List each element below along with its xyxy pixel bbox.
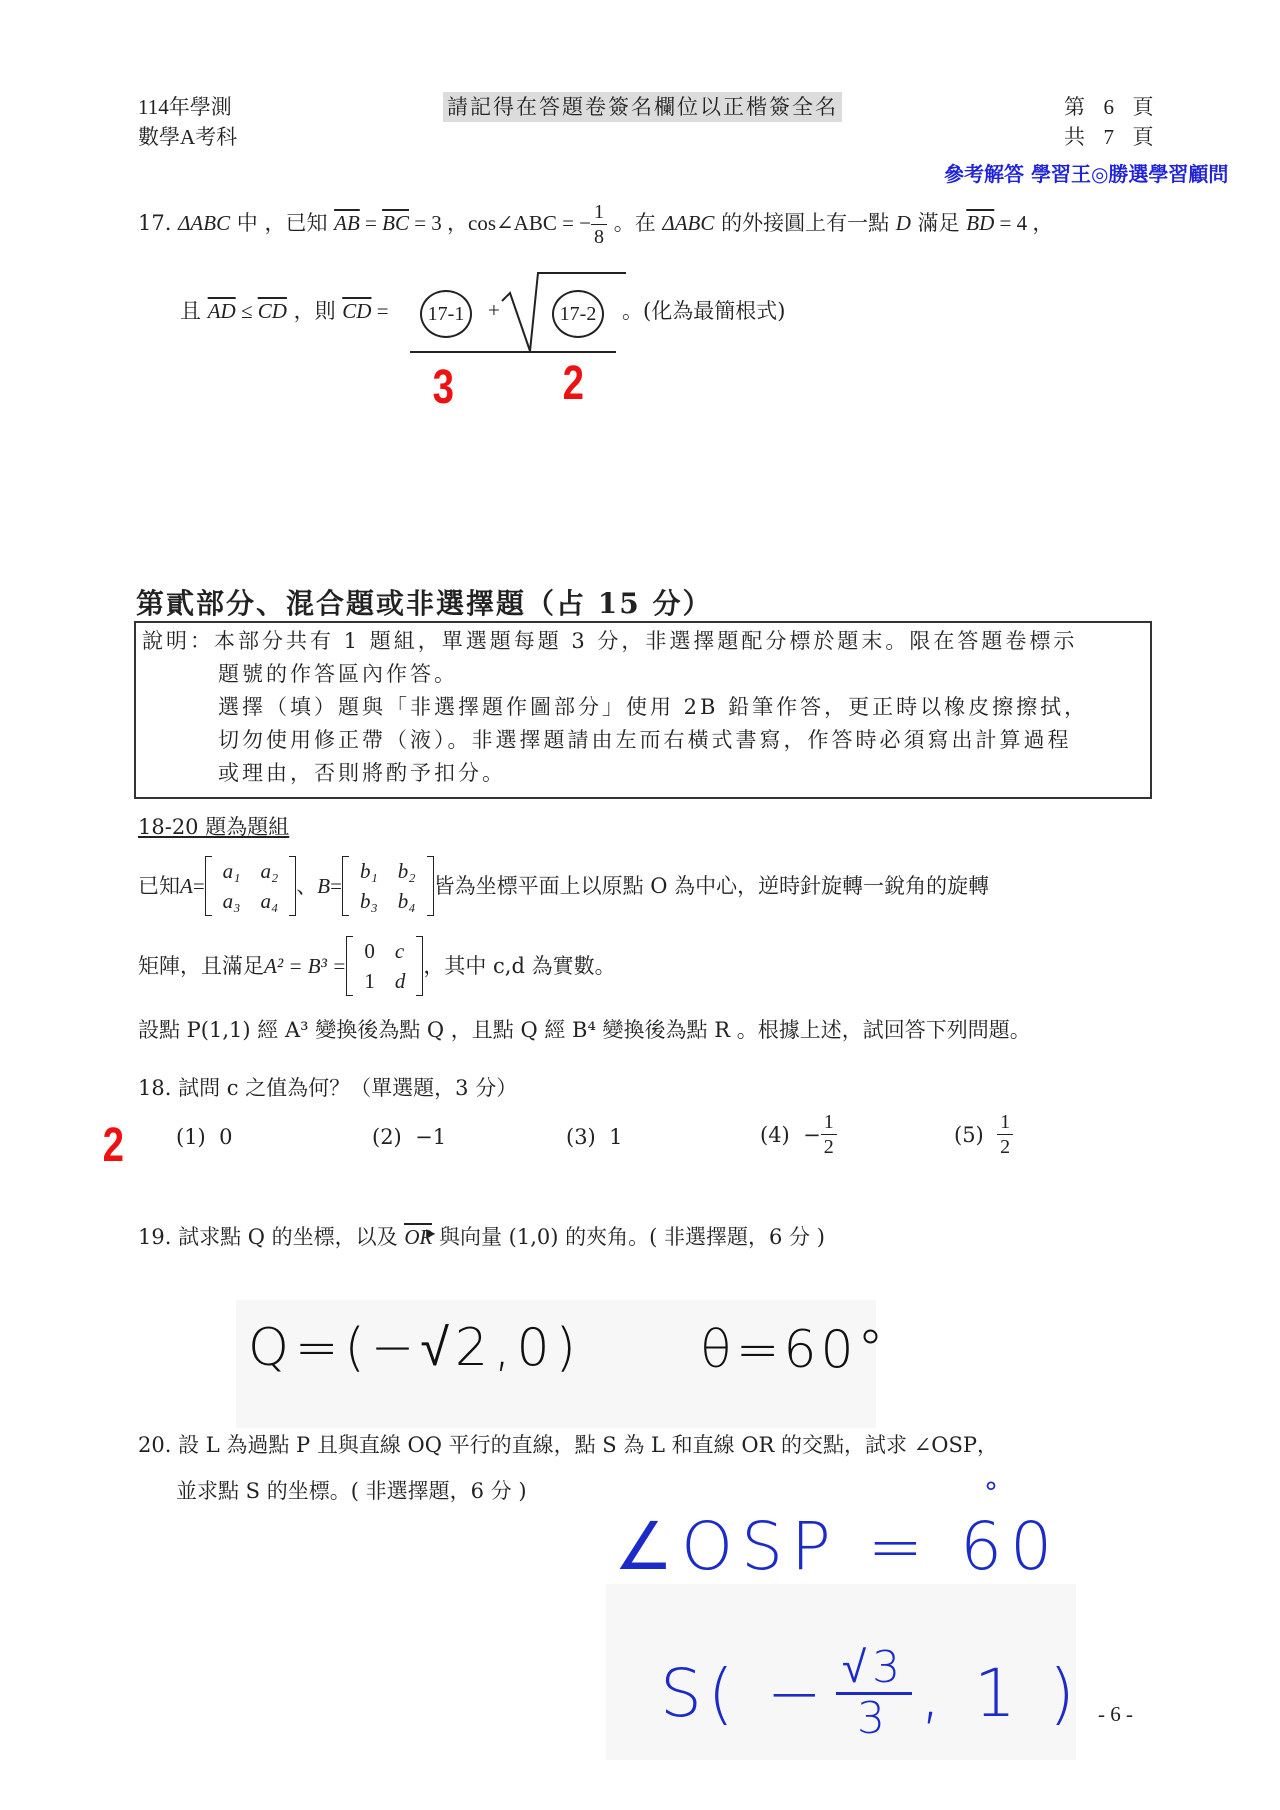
question-17-line2: 且 AD ≤ CD ，則 CD = [180,296,389,326]
option-1[interactable]: (1) 0 [176,1122,232,1152]
page-total: 共 7 頁 [1064,122,1154,152]
reference-answer-label: 參考解答 學習王◎勝選學習顧問 [944,158,1228,187]
handwritten-answer-s: S( − √3 3 , 1 ) [660,1644,1081,1743]
handwritten-answer-theta: θ=60° [700,1320,888,1380]
option-5[interactable]: (5) 12 [954,1110,1013,1159]
question-20-line2: 並求點 S 的坐標。( 非選擇題，6 分 ) [176,1476,527,1506]
exam-year: 114年學測 [138,92,237,122]
handwritten-answer-17-2: 2 [563,356,584,411]
group-intro-line1: 已知 A = a₁a₂a₃a₄ 、 B = b₁b₂b₃b₄ 皆為坐標平面上以原… [138,856,989,916]
instruction-line: 切勿使用修正帶（液）。非選擇題請由左而右橫式書寫，作答時必須寫出計算過程 [136,724,1150,757]
exam-subject: 數學A考科 [138,122,237,152]
answer-blank-17-2[interactable]: 17-2 [552,290,604,338]
group-intro-line2: 矩陣，且滿足 A² = B³ = 0c1d ，其中 c,d 為實數。 [138,936,616,996]
signature-notice: 請記得在答題卷簽名欄位以正楷簽全名 [443,92,842,122]
instruction-line: 說明：本部分共有 1 題組，單選題每題 3 分，非選擇題配分標於題末。限在答題卷… [136,623,1150,658]
fraction-bar [410,351,616,353]
vector-or: OR▶ [404,1225,432,1249]
instruction-line: 或理由，否則將酌予扣分。 [136,757,1150,790]
question-17-line1: 17. ΔABC 中 ，已知 AB = BC = 3 ，cos∠ABC = −1… [138,200,1053,249]
instruction-line: 題號的作答區內作答。 [136,658,1150,691]
question-20-line1: 20. 設 L 為過點 P 且與直線 OQ 平行的直線，點 S 為 L 和直線 … [138,1430,998,1460]
handwritten-answer-q: Q=(−√2,0) [248,1318,582,1378]
page-footer: - 6 - [1098,1702,1133,1727]
handwritten-answer-angle: ∠OSP = 60 [614,1508,1060,1585]
option-2[interactable]: (2) −1 [372,1122,446,1152]
matrix-a: a₁a₂a₃a₄ [205,856,297,916]
answer-blank-17-1[interactable]: 17-1 [420,290,472,338]
handwritten-degree-mark: ° [984,1476,998,1509]
instructions-box: 說明：本部分共有 1 題組，單選題每題 3 分，非選擇題配分標於題末。限在答題卷… [134,621,1152,799]
question-number: 17. [138,211,171,235]
exam-title: 114年學測 數學A考科 [138,92,237,152]
question-18: 18. 試問 c 之值為何？（單選題，3 分） [138,1073,517,1103]
matrix-b: b₁b₂b₃b₄ [342,856,434,916]
fraction-one-eighth: 18 [591,200,607,249]
plus-sign: + [488,298,500,323]
page-counter: 第 6 頁 共 7 頁 [1064,92,1154,152]
section-title: 第貳部分、混合題或非選擇題（占 15 分） [136,582,712,622]
question-group-label: 18-20 題為題組 [138,812,289,842]
instruction-line: 選擇（填）題與「非選擇題作圖部分」使用 2B 鉛筆作答，更正時以橡皮擦擦拭， [136,691,1150,724]
option-3[interactable]: (3) 1 [566,1122,622,1152]
handwritten-answer-17-1: 3 [433,360,454,415]
option-4[interactable]: (4) −12 [760,1110,837,1159]
group-intro-line3: 設點 P(1,1) 經 A³ 變換後為點 Q ，且點 Q 經 B⁴ 變換後為點 … [138,1015,1031,1045]
page-current: 第 6 頁 [1064,92,1154,122]
handwritten-answer-18: 2 [103,1118,124,1173]
matrix-result: 0c1d [346,936,423,996]
question-19: 19. 試求點 Q 的坐標，以及 OR▶ 與向量 (1,0) 的夾角。( 非選擇… [138,1222,825,1252]
simplify-note: 。(化為最簡根式) [622,296,785,326]
